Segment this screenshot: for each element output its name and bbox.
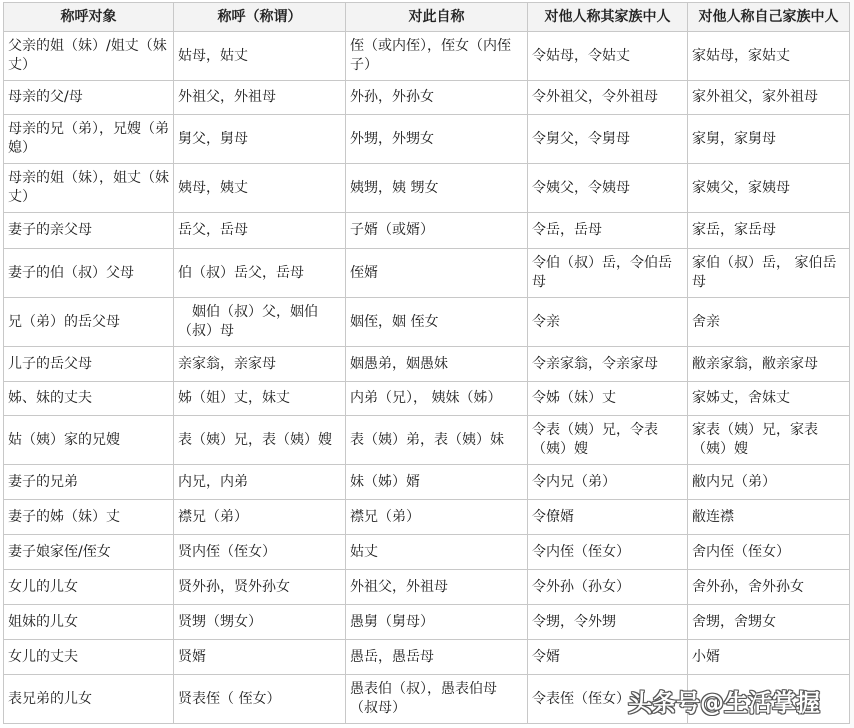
cell-own-family-term: 家伯（叔）岳， 家伯岳母 <box>688 249 850 298</box>
cell-own-family-term: 家表（姨）兄，家表（姨）嫂 <box>688 416 850 465</box>
cell-self-reference: 表（姨）弟，表（姨）妹 <box>346 416 528 465</box>
cell-self-reference: 侄婿 <box>346 249 528 298</box>
cell-self-reference: 襟兄（弟） <box>346 500 528 535</box>
header-others-family-term: 对他人称其家族中人 <box>528 3 688 32</box>
cell-addressee: 兄（弟）的岳父母 <box>4 298 174 347</box>
header-self-reference: 对此自称 <box>346 3 528 32</box>
cell-others-family-term: 令外孙（孙女） <box>528 570 688 605</box>
table-row: 妻子的亲父母岳父，岳母子婿（或婿）令岳，岳母家岳，家岳母 <box>4 213 850 249</box>
cell-address-term: 贤内侄（侄女） <box>174 535 346 570</box>
cell-others-family-term: 令内侄（侄女） <box>528 535 688 570</box>
table-row: 父亲的姐（妹）/姐丈（妹丈）姑母，姑丈侄（或内侄），侄女（内侄子）令姑母，令姑丈… <box>4 32 850 81</box>
cell-addressee: 姊、妹的丈夫 <box>4 382 174 416</box>
cell-self-reference: 侄（或内侄），侄女（内侄子） <box>346 32 528 81</box>
cell-self-reference: 内弟（兄）， 姨妹（姊） <box>346 382 528 416</box>
cell-address-term: 贤甥（甥女） <box>174 605 346 640</box>
cell-address-term: 贤表侄（ 侄女） <box>174 675 346 724</box>
cell-others-family-term: 令舅父，令舅母 <box>528 115 688 164</box>
cell-address-term: 姑母，姑丈 <box>174 32 346 81</box>
cell-own-family-term: 舍内侄（侄女） <box>688 535 850 570</box>
page-edge <box>850 0 854 728</box>
cell-self-reference: 外甥，外甥女 <box>346 115 528 164</box>
table-row: 妻子的伯（叔）父母伯（叔）岳父，岳母侄婿令伯（叔）岳，令伯岳母家伯（叔）岳， 家… <box>4 249 850 298</box>
cell-self-reference: 外孙，外孙女 <box>346 81 528 115</box>
cell-self-reference: 愚舅（舅母） <box>346 605 528 640</box>
cell-own-family-term: 敝连襟 <box>688 500 850 535</box>
cell-others-family-term: 令姨父，令姨母 <box>528 164 688 213</box>
cell-address-term: 伯（叔）岳父，岳母 <box>174 249 346 298</box>
cell-address-term: 舅父，舅母 <box>174 115 346 164</box>
table-row: 兄（弟）的岳父母 姻伯（叔）父，姻伯（叔）母姻侄，姻 侄女令亲舍亲 <box>4 298 850 347</box>
cell-address-term: 姊（姐）丈，妹丈 <box>174 382 346 416</box>
table-row: 姑（姨）家的兄嫂表（姨）兄，表（姨）嫂表（姨）弟，表（姨）妹令表（姨）兄，令表（… <box>4 416 850 465</box>
table-body: 父亲的姐（妹）/姐丈（妹丈）姑母，姑丈侄（或内侄），侄女（内侄子）令姑母，令姑丈… <box>4 32 850 724</box>
cell-self-reference: 姻侄，姻 侄女 <box>346 298 528 347</box>
cell-addressee: 女儿的丈夫 <box>4 640 174 675</box>
cell-addressee: 妻子的伯（叔）父母 <box>4 249 174 298</box>
cell-address-term: 姨母，姨丈 <box>174 164 346 213</box>
cell-addressee: 表兄弟的儿女 <box>4 675 174 724</box>
cell-own-family-term: 舍亲 <box>688 298 850 347</box>
cell-addressee: 妻子的兄弟 <box>4 465 174 500</box>
cell-address-term: 贤婿 <box>174 640 346 675</box>
cell-self-reference: 妹（姊）婿 <box>346 465 528 500</box>
cell-self-reference: 愚表伯（叔），愚表伯母（叔母） <box>346 675 528 724</box>
cell-addressee: 妻子娘家侄/侄女 <box>4 535 174 570</box>
kinship-terms-table: 称呼对象 称呼（称谓） 对此自称 对他人称其家族中人 对他人称自己家族中人 父亲… <box>3 2 850 724</box>
cell-own-family-term: 家外祖父，家外祖母 <box>688 81 850 115</box>
cell-self-reference: 姨甥，姨 甥女 <box>346 164 528 213</box>
cell-address-term: 外祖父，外祖母 <box>174 81 346 115</box>
cell-own-family-term: 敝亲家翁，敝亲家母 <box>688 347 850 382</box>
cell-self-reference: 子婿（或婿） <box>346 213 528 249</box>
cell-address-term: 亲家翁，亲家母 <box>174 347 346 382</box>
table-row: 母亲的兄（弟），兄嫂（弟媳）舅父，舅母外甥，外甥女令舅父，令舅母家舅，家舅母 <box>4 115 850 164</box>
cell-addressee: 女儿的儿女 <box>4 570 174 605</box>
table-row: 妻子娘家侄/侄女贤内侄（侄女）姑丈令内侄（侄女）舍内侄（侄女） <box>4 535 850 570</box>
header-addressee: 称呼对象 <box>4 3 174 32</box>
cell-others-family-term: 令表（姨）兄，令表（姨）嫂 <box>528 416 688 465</box>
table-row: 母亲的姐（妹），姐丈（妹丈）姨母，姨丈姨甥，姨 甥女令姨父，令姨母家姨父，家姨母 <box>4 164 850 213</box>
cell-addressee: 母亲的父/母 <box>4 81 174 115</box>
cell-address-term: 贤外孙，贤外孙女 <box>174 570 346 605</box>
cell-address-term: 表（姨）兄，表（姨）嫂 <box>174 416 346 465</box>
cell-address-term: 内兄，内弟 <box>174 465 346 500</box>
cell-others-family-term: 令甥，令外甥 <box>528 605 688 640</box>
cell-addressee: 母亲的姐（妹），姐丈（妹丈） <box>4 164 174 213</box>
cell-own-family-term: 家舅，家舅母 <box>688 115 850 164</box>
cell-self-reference: 姑丈 <box>346 535 528 570</box>
cell-others-family-term: 令亲 <box>528 298 688 347</box>
watermark: 头条号@生活掌握 <box>628 683 820 718</box>
cell-others-family-term: 令姑母，令姑丈 <box>528 32 688 81</box>
cell-own-family-term: 舍外孙，舍外孙女 <box>688 570 850 605</box>
cell-self-reference: 姻愚弟，姻愚妹 <box>346 347 528 382</box>
table-row: 母亲的父/母外祖父，外祖母外孙，外孙女令外祖父，令外祖母家外祖父，家外祖母 <box>4 81 850 115</box>
table-row: 女儿的儿女贤外孙，贤外孙女外祖父，外祖母令外孙（孙女）舍外孙，舍外孙女 <box>4 570 850 605</box>
table-header-row: 称呼对象 称呼（称谓） 对此自称 对他人称其家族中人 对他人称自己家族中人 <box>4 3 850 32</box>
cell-own-family-term: 敝内兄（弟） <box>688 465 850 500</box>
cell-others-family-term: 令姊（妹）丈 <box>528 382 688 416</box>
cell-addressee: 妻子的姊（妹）丈 <box>4 500 174 535</box>
table-row: 女儿的丈夫贤婿愚岳，愚岳母令婿小婿 <box>4 640 850 675</box>
cell-addressee: 父亲的姐（妹）/姐丈（妹丈） <box>4 32 174 81</box>
cell-own-family-term: 家姑母，家姑丈 <box>688 32 850 81</box>
cell-own-family-term: 家岳，家岳母 <box>688 213 850 249</box>
header-own-family-term: 对他人称自己家族中人 <box>688 3 850 32</box>
cell-address-term: 姻伯（叔）父，姻伯（叔）母 <box>174 298 346 347</box>
cell-others-family-term: 令内兄（弟） <box>528 465 688 500</box>
cell-own-family-term: 家姨父，家姨母 <box>688 164 850 213</box>
cell-address-term: 岳父，岳母 <box>174 213 346 249</box>
table-row: 儿子的岳父母亲家翁，亲家母姻愚弟，姻愚妹令亲家翁，令亲家母敝亲家翁，敝亲家母 <box>4 347 850 382</box>
cell-addressee: 母亲的兄（弟），兄嫂（弟媳） <box>4 115 174 164</box>
header-address-term: 称呼（称谓） <box>174 3 346 32</box>
cell-others-family-term: 令僚婿 <box>528 500 688 535</box>
table-row: 妻子的兄弟内兄，内弟妹（姊）婿令内兄（弟）敝内兄（弟） <box>4 465 850 500</box>
cell-others-family-term: 令外祖父，令外祖母 <box>528 81 688 115</box>
cell-self-reference: 外祖父，外祖母 <box>346 570 528 605</box>
cell-addressee: 姐妹的儿女 <box>4 605 174 640</box>
cell-own-family-term: 家姊丈，舍妹丈 <box>688 382 850 416</box>
cell-own-family-term: 小婿 <box>688 640 850 675</box>
table-row: 姊、妹的丈夫姊（姐）丈，妹丈内弟（兄）， 姨妹（姊）令姊（妹）丈家姊丈，舍妹丈 <box>4 382 850 416</box>
cell-others-family-term: 令岳，岳母 <box>528 213 688 249</box>
cell-others-family-term: 令婿 <box>528 640 688 675</box>
cell-own-family-term: 舍甥，舍甥女 <box>688 605 850 640</box>
cell-others-family-term: 令伯（叔）岳，令伯岳母 <box>528 249 688 298</box>
cell-address-term: 襟兄（弟） <box>174 500 346 535</box>
table-row: 妻子的姊（妹）丈襟兄（弟）襟兄（弟）令僚婿敝连襟 <box>4 500 850 535</box>
cell-addressee: 儿子的岳父母 <box>4 347 174 382</box>
cell-self-reference: 愚岳，愚岳母 <box>346 640 528 675</box>
table-row: 姐妹的儿女贤甥（甥女）愚舅（舅母）令甥，令外甥舍甥，舍甥女 <box>4 605 850 640</box>
cell-addressee: 妻子的亲父母 <box>4 213 174 249</box>
cell-addressee: 姑（姨）家的兄嫂 <box>4 416 174 465</box>
cell-others-family-term: 令亲家翁，令亲家母 <box>528 347 688 382</box>
